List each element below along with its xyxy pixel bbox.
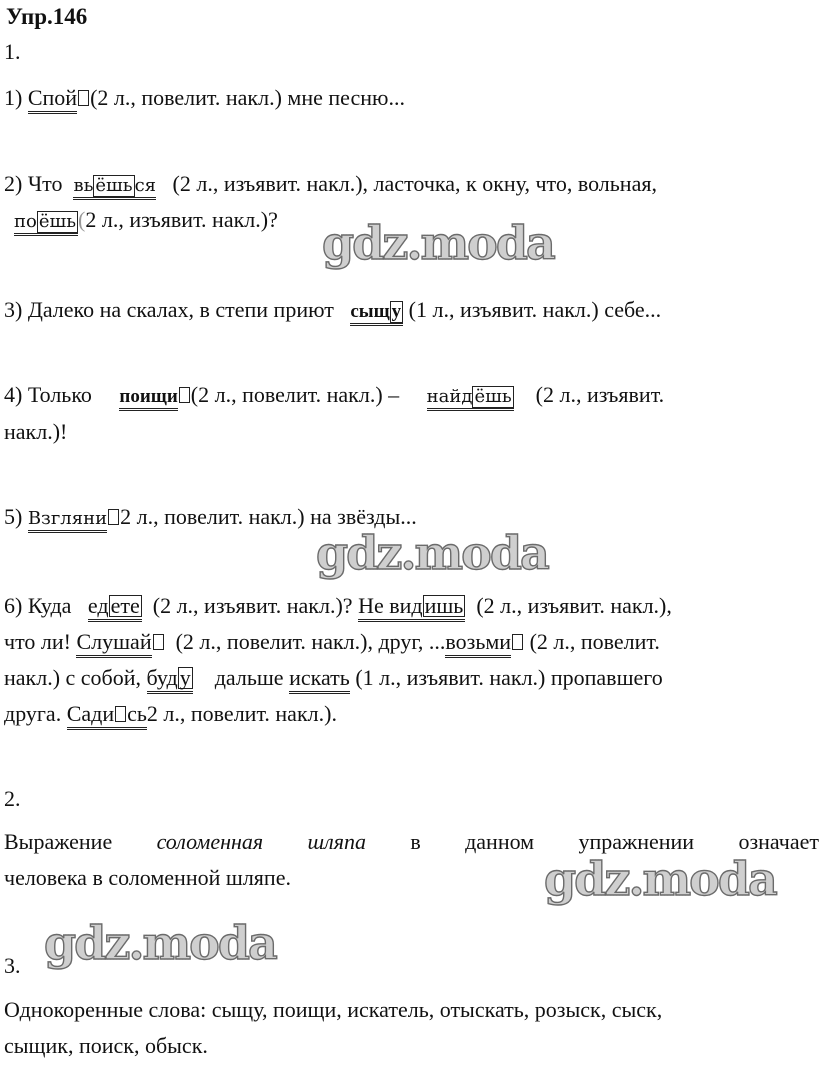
box-glyph — [179, 387, 190, 403]
verb-sadis: Садись — [67, 701, 147, 730]
watermark: gdz.moda — [44, 920, 276, 966]
verb-budu: буду — [147, 665, 193, 694]
task2-line-1: Выражение соломенная шляпа в данном упра… — [4, 828, 819, 856]
box-glyph — [78, 90, 89, 106]
ending-box: ете — [109, 595, 142, 617]
verb-poishchi: поищи — [119, 386, 177, 411]
watermark: gdz.moda — [316, 530, 548, 576]
task3-label: 3. — [4, 952, 21, 980]
verb-naydyosh: найдёшь — [427, 386, 514, 411]
box-glyph — [512, 634, 523, 650]
sentence-4-line-1: 4) Только поищи(2 л., повелит. накл.) – … — [4, 381, 664, 411]
ending-box: ёшь — [93, 175, 134, 197]
sentence-5: 5) Взгляни2 л., повелит. накл.) на звёзд… — [4, 503, 417, 533]
verb-slushay: Слушай — [76, 629, 151, 658]
ending-box: у — [390, 301, 404, 323]
task1-label: 1. — [4, 38, 21, 66]
task2-line-2: человека в соломенной шляпе. — [4, 864, 291, 892]
box-glyph — [108, 509, 119, 525]
task2-label: 2. — [4, 785, 21, 813]
verb-iskat: искать — [289, 665, 350, 694]
sentence-2-line-2: поёшь(2 л., изъявит. накл.)? — [14, 206, 278, 236]
sentence-6-line-2: что ли! Слушай (2 л., повелит. накл.), д… — [4, 628, 660, 656]
verb-vozmi: возьми — [445, 629, 511, 658]
verb-vzglyani: Взгляни — [28, 508, 107, 533]
watermark: gdz.moda — [322, 220, 554, 266]
verb-poyosh: поёшь — [14, 211, 78, 236]
sentence-6-line-1: 6) Куда едете (2 л., изъявит. накл.)? Не… — [4, 592, 672, 620]
verb-edete: едете — [88, 593, 142, 622]
sentence-4-line-2: накл.)! — [4, 418, 67, 446]
task3-line-1: Однокоренные слова: сыщу, поищи, искател… — [4, 996, 662, 1024]
task3-line-2: сыщик, поиск, обыск. — [4, 1032, 208, 1060]
verb-spoy: Спой — [28, 85, 77, 114]
sentence-2-line-1: 2) Что вьёшься (2 л., изъявит. накл.), л… — [4, 170, 657, 200]
phrase-straw-hat: соломенная шляпа — [157, 829, 366, 854]
sentence-3: 3) Далеко на скалах, в степи приют сыщу … — [4, 296, 661, 326]
ending-box: ёшь — [472, 386, 513, 408]
box-glyph — [115, 706, 126, 722]
ending-box: ишь — [423, 595, 466, 617]
sentence-1: 1) Спой(2 л., повелит. накл.) мне песню.… — [4, 84, 405, 112]
box-glyph — [153, 634, 164, 650]
verb-vyoshsya: вьёшься — [73, 175, 156, 200]
exercise-title: Упр.146 — [6, 4, 87, 30]
ending-box: ёшь — [37, 211, 78, 233]
verb-ne-vidish: Не видишь — [358, 593, 465, 622]
verb-syshchu: сыщу — [350, 301, 403, 326]
watermark: gdz.moda — [544, 856, 776, 902]
sentence-6-line-3: накл.) с собой, буду дальше искать (1 л.… — [4, 664, 663, 692]
ending-box: у — [178, 667, 193, 689]
sentence-6-line-4: друга. Садись2 л., повелит. накл.). — [4, 700, 337, 728]
